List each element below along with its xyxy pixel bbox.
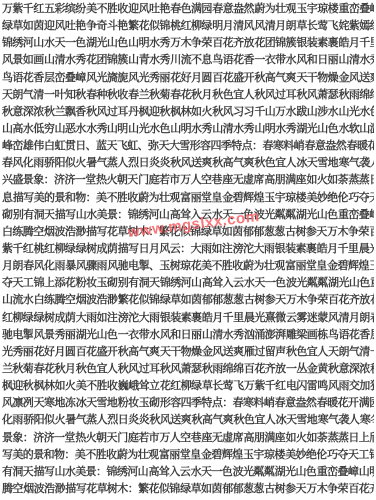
text-line: 天朗气清 一叶知秋 春种秋收 春兰秋菊 春花秋月 秋色宜人 秋风过耳 秋风萧瑟 … [2,87,374,104]
text-line: 白练腾空 烟波浩渺 描写花草树木：繁花似锦 绿草如茵 郁郁葱葱 古树参天 万木争… [2,224,374,241]
text-line: 春风化雨 骄阳似火 暑气蒸人 烈日炎炎 秋风送爽 秋高气爽 秋色宜人 冰天雪地 … [2,155,374,172]
text-line: 月朗 春风化雨 暴风骤雨 风驰电掣、玉树琼花美不胜收 蔚为壮观 富丽堂皇 金碧辉… [2,258,374,275]
text-line: 山流水 白练腾空 烟波浩渺 繁花似锦 绿草如茵 郁郁葱葱 古树参天 万木争荣 百… [2,292,374,309]
text-line: 兴盛景象：济济一堂 热火朝天 门庭若市 万人空巷 座无虚席 高朋满座 如火如荼 … [2,172,374,189]
text-line: 写美的景和物：美不胜收 蔚为壮观 富丽堂皇 金碧辉煌 玉宇琼楼 美妙绝伦 巧夺天… [2,447,374,464]
text-line: 万紫千红 五彩缤纷 美不胜收 迎风吐艳 春色满园 春意盎然 蔚为壮观 玉宇琼楼 … [2,1,374,18]
text-line: 峰峦雄伟 白虹贯日、蓝天飞虹、弥天大雪形容四季特点：春寒料峭 春意盎然 春暖花开 [2,138,374,155]
text-line: 山高水低 穷山恶水 水秀山明 山光水色 山明水秀 山清水秀 山明水秀 湖光山色 … [2,121,374,138]
text-line: 枫迎秋 枫林如火 美不胜收 巍峨耸立 花红柳绿 草长莺飞 万紫千红 电闪雷鸣 风… [2,378,374,395]
text-line: 景象：济济一堂 热火朝天 门庭若市 万人空巷 座无虚席 高朋满座 如火如荼 蒸蒸… [2,430,374,447]
text-line: 秋意深浓 秋兰飘香 秋风过耳 丹枫迎秋 枫林如火 秋风习习 千山万水 跋山涉水 … [2,104,374,121]
text-line: 驰电掣 风景秀丽 湖光山色 一衣带水 风和日丽 山清水秀 汹涌澎湃 雕梁画栋 鸟… [2,327,374,344]
text-line: 有洞天 描写山水美景：锦绣河山 高耸入云 水天一色 波光粼粼 湖光山色 重峦叠嶂… [2,464,374,481]
text-line: 腾空 烟波浩渺 描写花草树木：繁花似锦 绿草如茵 郁郁葱葱 古树参天 万木争荣 … [2,481,374,498]
document-page: 万紫千红 五彩缤纷 美不胜收 迎风吐艳 春色满园 春意盎然 蔚为壮观 玉宇琼楼 … [0,0,376,498]
text-line: 夺天工 锦上添花 粉妆玉砌 别有洞天 锦绣河山 高耸入云 水天一色 波光粼粼 湖… [2,275,374,292]
text-line: 光秀丽 花好月圆 百花盛开 秋高气爽 天干物燥 金风送爽 雁过留声 秋色宜人 天… [2,344,374,361]
text-line: 兰秋菊 春花秋月 秋色宜人 秋风过耳 秋风萧瑟 秋雨绵绵 百花齐放 一丛金黄 秋… [2,361,374,378]
text-line: 风凛冽 天寒地冻 冰天雪地 粉妆玉砌 形容四季特点：春寒料峭 春意盎然 春暖花开… [2,395,374,412]
text-line: 砌 别有洞天 描写山水美景：锦绣河山 高耸入云 水天一色 波光粼粼 湖光山色 重… [2,207,374,224]
text-line: 化雨 骄阳似火 暑气蒸人 烈日炎炎 秋风送爽 秋高气爽 秋色宜人 冰天雪地 寒气… [2,412,374,429]
text-line: 紫千红 桃红柳绿 绿树成荫 描写日月风云：大雨如注 滂沱大雨 银装素裹 皓月千里… [2,241,374,258]
text-line: 红柳绿 绿树成荫 大雨如注 滂沱大雨 银装素裹 皓月千里 晨光熹微 云雾迷蒙 风… [2,310,374,327]
text-line: 鸟语花香 层峦叠嶂 风光旖旎 风光秀丽 花好月圆 百花盛开 秋高气爽 天干物燥 … [2,70,374,87]
text-line: 绿草如茵 迎风吐艳 争奇斗艳 繁花似锦 桃红柳绿 明月清风 风清月朗 草长莺飞 … [2,18,374,35]
text-line: 锦绣河山 水天一色 湖光山色 山明水秀 万木争荣 百花齐放 花团锦簇 银装素裹 … [2,35,374,52]
text-line: 息 描写美的景和物：美不胜收 蔚为壮观 富丽堂皇 金碧辉煌 玉宇琼楼 美妙绝伦 … [2,190,374,207]
text-line: 风景如画 山清水秀 花团锦簇 山青水秀 川流不息 鸟语花香 一衣带水 风和日丽 … [2,52,374,69]
